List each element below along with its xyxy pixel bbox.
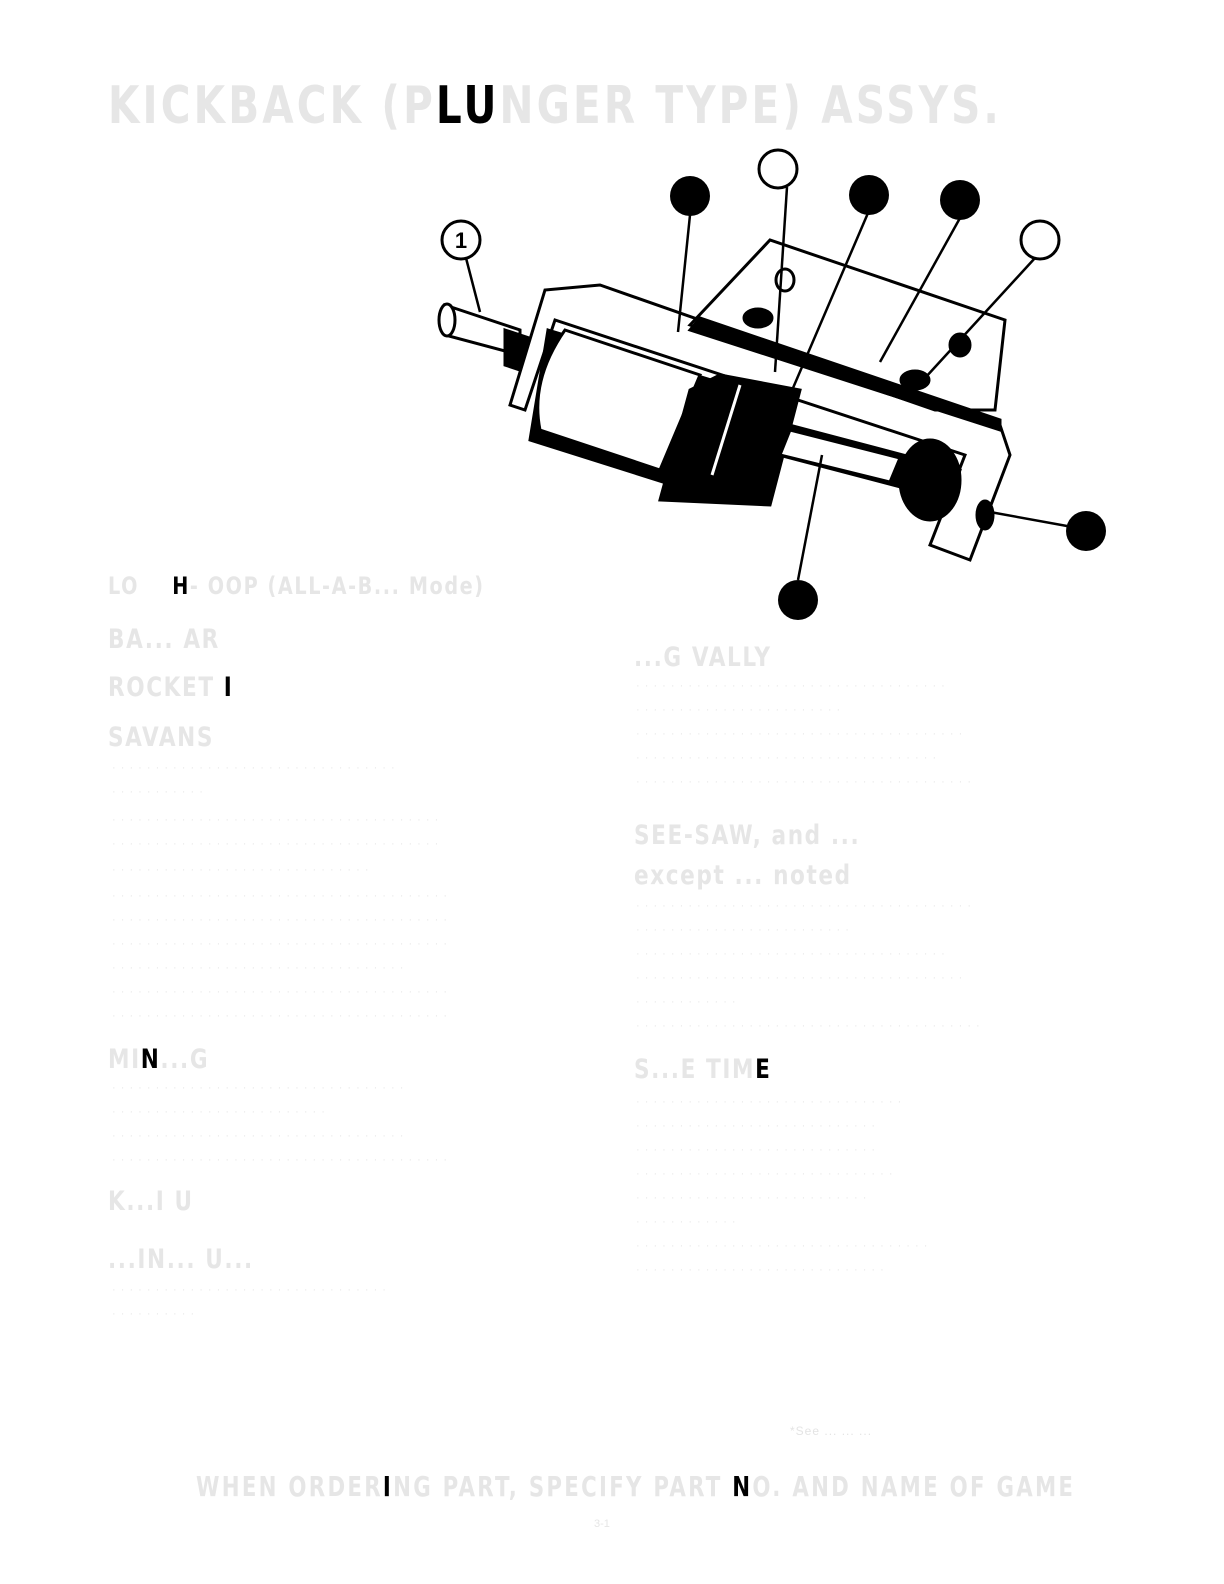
right-body-line: · · · · · · · · · · · · · · · · · · · · …: [636, 924, 850, 936]
right-body-line: · · · · · · · · · · · · · · · · · · · · …: [636, 1120, 876, 1132]
callout-filled-a: [670, 176, 710, 216]
left-body-line: · · · · · · · · · · · · · · · · · · · · …: [112, 762, 396, 774]
right-body-line: · · · · · · · · · · · · · · · · · · · · …: [636, 1144, 876, 1156]
callout-filled-g: [778, 580, 818, 620]
left-body-line: · · · · · · · · · ·: [112, 1308, 195, 1320]
left-body-line: · · · · · · · · · · · · · · · · · · · · …: [112, 1130, 404, 1142]
heading-right-2: SEE-SAW, and ...: [634, 820, 860, 851]
callout-filled-d: [940, 180, 980, 220]
right-body-line: · · · · · · · · · · · · · · · · · · · · …: [636, 680, 946, 692]
ordering-footer: WHEN ORDERING PART, SPECIFY PART NO. AND…: [196, 1470, 1075, 1503]
callout-1-label: 1: [455, 228, 467, 253]
left-body-line: · · · · · · · · · · · · · · · · · · · · …: [112, 986, 448, 998]
kickback-assembly-diagram: 1: [0, 0, 1224, 620]
left-body-line: · · · · · · · · · · · · · · · · · · · · …: [112, 962, 404, 974]
left-body-line: · · · · · · · · · · · · · · · · · · · · …: [112, 938, 448, 950]
right-body-line: · · · · · · · · · · · · · · · · · · · · …: [636, 1020, 981, 1032]
right-body-line: · · · · · · · · · · · · · · · · · · · · …: [636, 752, 937, 764]
page-number: 3-1: [594, 1518, 610, 1530]
right-body-line: · · · · · · · · · · · · · · · · · · · · …: [636, 704, 841, 716]
heading-left-1: LO H- OOP (ALL-A-B... Mode): [108, 572, 485, 600]
callout-outline-e: [1021, 221, 1059, 259]
right-body-line: · · · · · · · · · · · · · · · · · · · · …: [636, 1096, 902, 1108]
right-body-line: · · · · · · · · · · · ·: [636, 1216, 737, 1228]
left-body-line: · · · · · · · · · · · · · · · · · · · · …: [112, 1082, 404, 1094]
heading-right-1: ...G VALLY: [634, 642, 772, 673]
left-body-line: · · · · · · · · · · · · · · · · · · · · …: [112, 814, 439, 826]
left-body-line: · · · · · · · · · · · · · · · · · · · · …: [112, 914, 448, 926]
heading-left-4: SAVANS: [108, 722, 214, 753]
left-body-line: · · · · · · · · · · · · · · · · · · · · …: [112, 838, 439, 850]
right-body-line: · · · · · · · · · · · · · · · · · · · · …: [636, 972, 963, 984]
left-body-line: · · · · · · · · · · · · · · · · · · · · …: [112, 1154, 448, 1166]
heading-left-2: BA... AR: [108, 624, 220, 655]
callout-filled-c: [849, 175, 889, 215]
right-body-line: · · · · · · · · · · · ·: [636, 996, 737, 1008]
right-body-line: · · · · · · · · · · · · · · · · · · · · …: [636, 728, 963, 740]
heading-right-3: except ... noted: [634, 860, 852, 891]
heading-left-7: ...IN... U...: [108, 1244, 254, 1275]
callout-1: 1: [442, 221, 480, 259]
right-body-line: · · · · · · · · · · · · · · · · · · · · …: [636, 1264, 885, 1276]
heading-right-4: S...E TIME: [634, 1054, 771, 1085]
right-body-line: · · · · · · · · · · · · · · · · · · · · …: [636, 948, 946, 960]
right-body-line: · · · · · · · · · · · · · · · · · · · · …: [636, 1168, 894, 1180]
left-body-line: · · · · · · · · · · · · · · · · · · · · …: [112, 1284, 387, 1296]
heading-left-6: K...I U: [108, 1186, 194, 1217]
footnote: *See ... ... ...: [790, 1424, 872, 1438]
callout-filled-f: [1066, 511, 1106, 551]
left-body-line: · · · · · · · · · · · · · · · · · · · · …: [112, 890, 448, 902]
left-body-line: · · · · · · · · · · · · · · · · · · · · …: [112, 1106, 326, 1118]
left-body-line: · · · · · · · · · · ·: [112, 786, 204, 798]
right-body-line: · · · · · · · · · · · · · · · · · · · · …: [636, 1192, 867, 1204]
heading-left-3: ROCKET I: [108, 672, 233, 703]
right-body-line: · · · · · · · · · · · · · · · · · · · · …: [636, 1240, 928, 1252]
left-body-line: · · · · · · · · · · · · · · · · · · · · …: [112, 1010, 448, 1022]
callout-outline-b: [759, 150, 797, 188]
left-body-line: · · · · · · · · · · · · · · · · · · · · …: [112, 864, 370, 876]
heading-left-5: MIN...G: [108, 1044, 209, 1075]
right-body-line: · · · · · · · · · · · · · · · · · · · · …: [636, 900, 972, 912]
right-body-line: · · · · · · · · · · · · · · · · · · · · …: [636, 776, 972, 788]
